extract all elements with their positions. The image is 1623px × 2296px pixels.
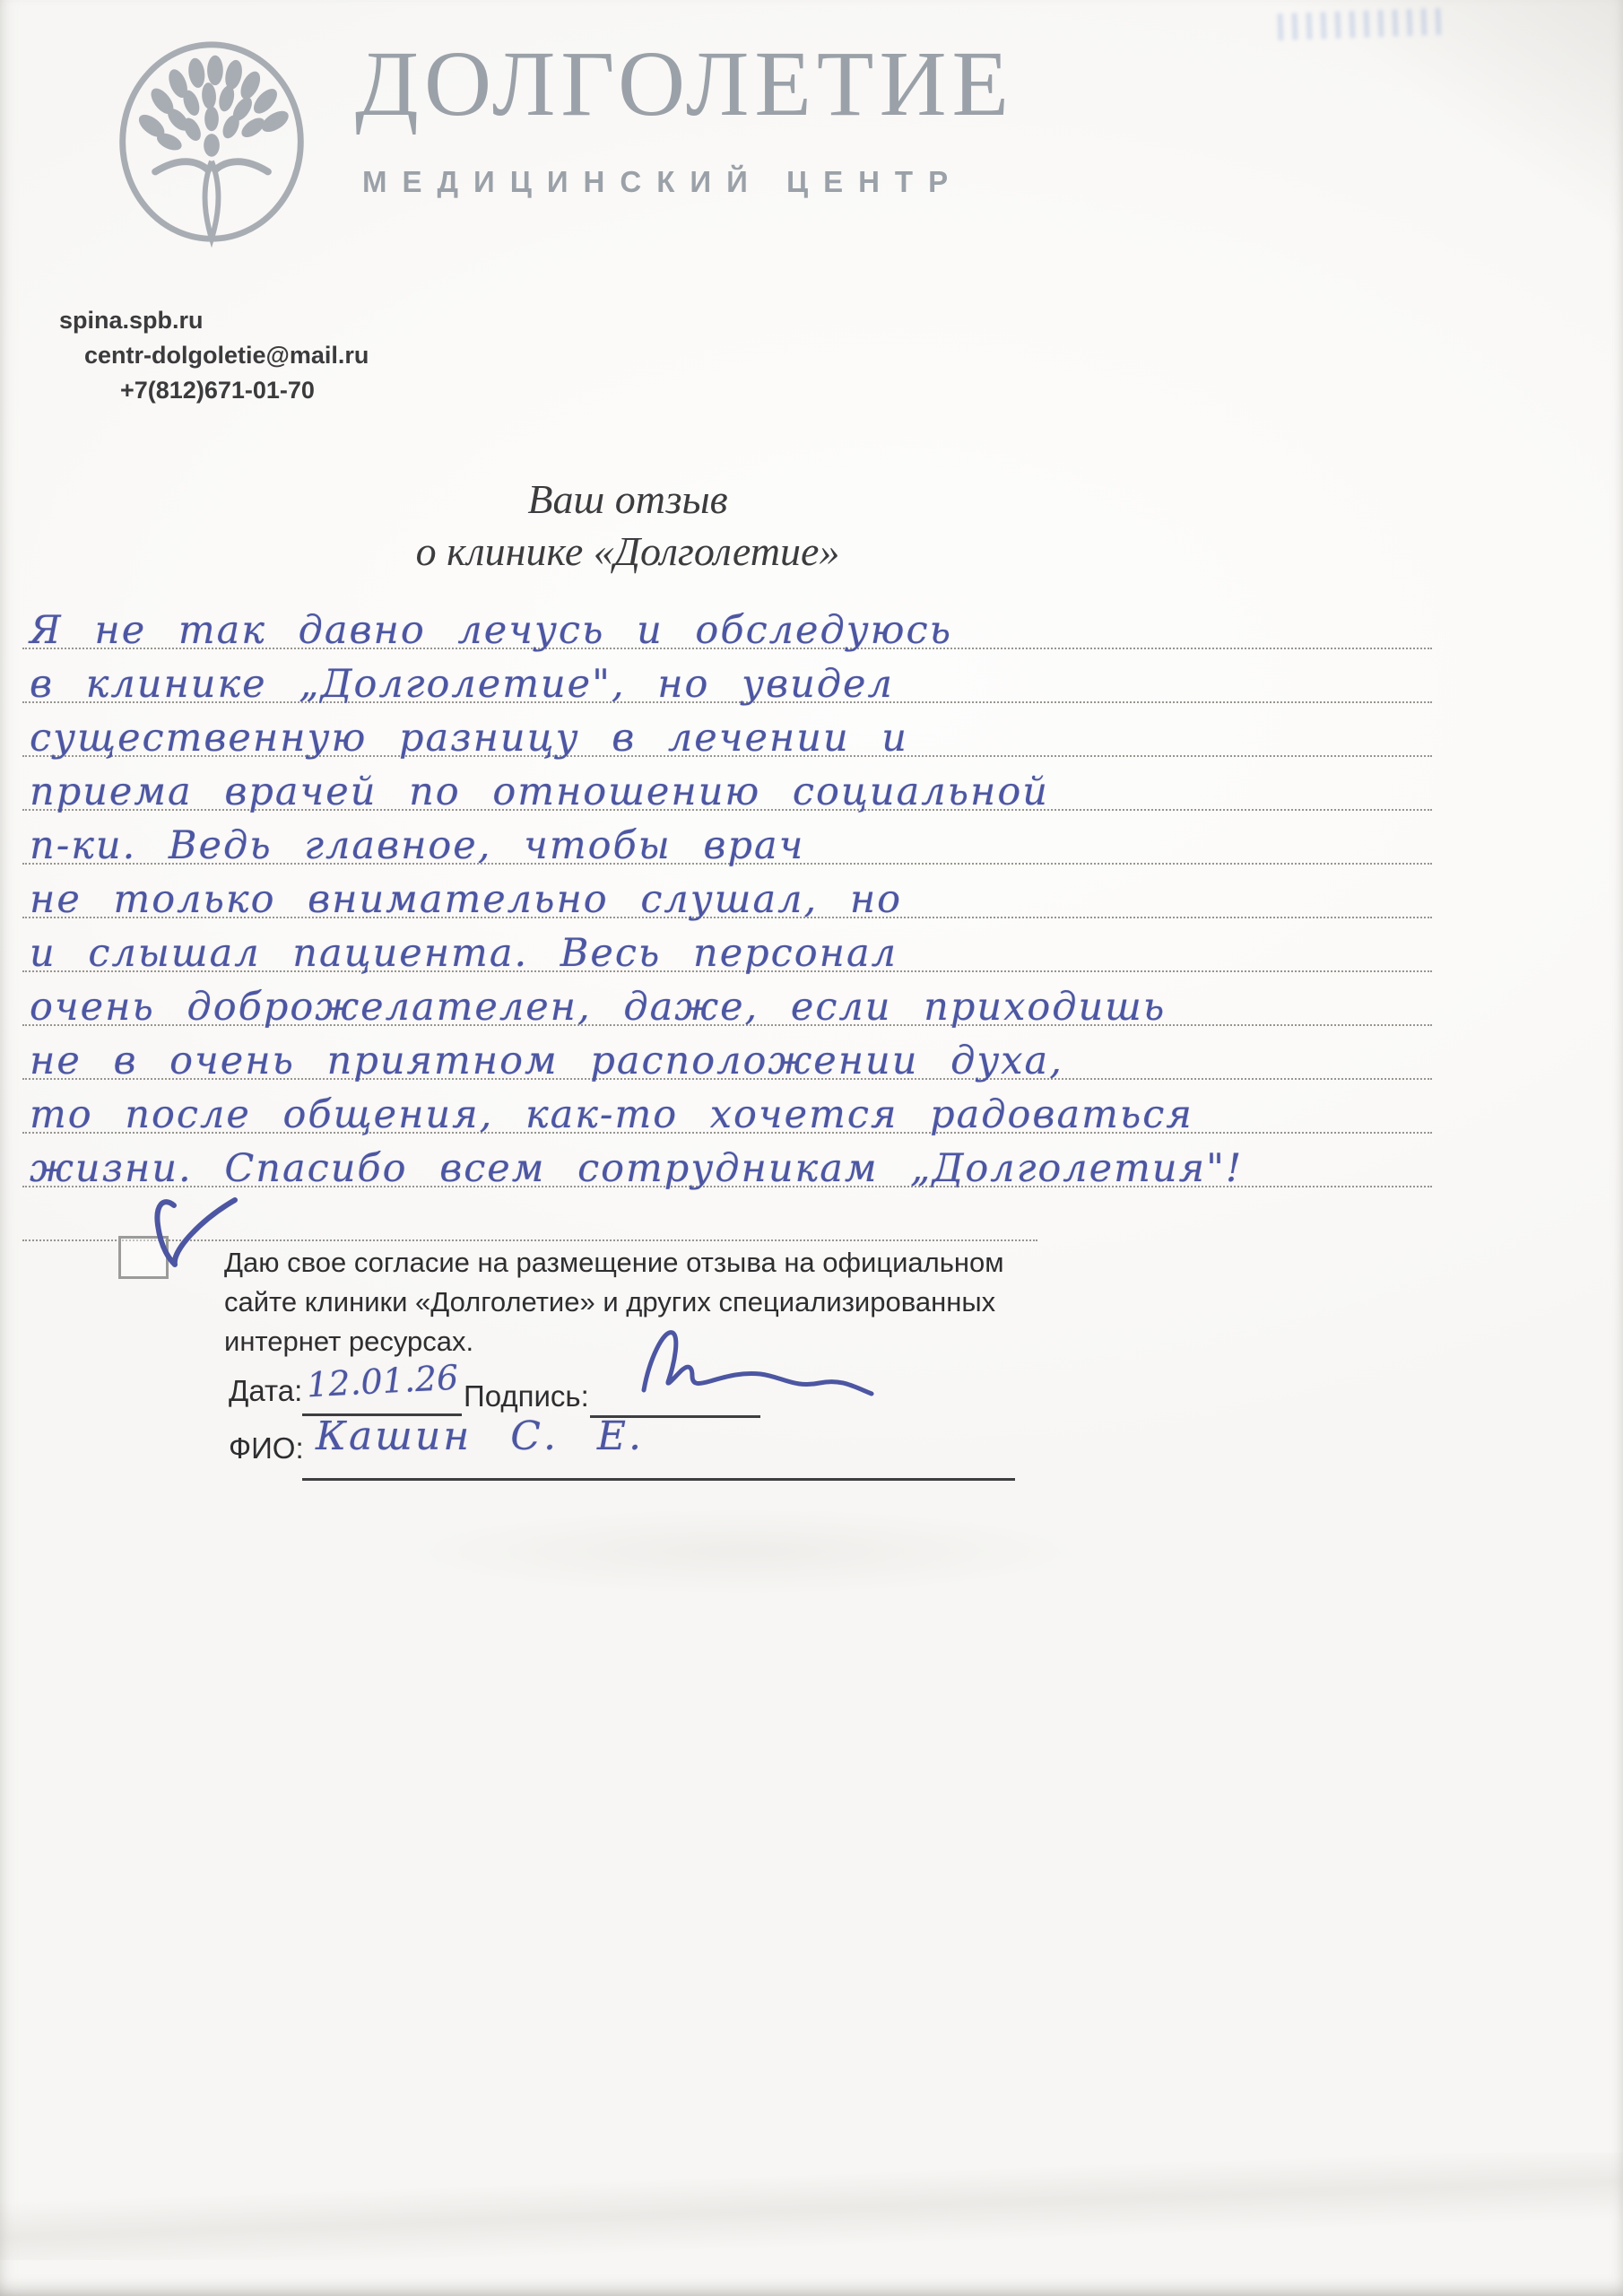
form-title: Ваш отзыв о клинике «Долголетие» xyxy=(0,474,1255,578)
review-line: не в очень приятном расположении духа, xyxy=(22,1026,1432,1080)
review-line: Я не так давно лечусь и обследуюсь xyxy=(22,596,1432,649)
signature-label: Подпись: xyxy=(464,1379,589,1413)
handwritten-review: Я не так давно лечусь и обследуюсь в кли… xyxy=(22,596,1432,1241)
phone-text: +7(812)671-01-70 xyxy=(120,373,369,408)
checkmark-icon xyxy=(117,1193,242,1318)
scan-crease xyxy=(341,1489,1148,1614)
scan-crease xyxy=(1246,0,1623,269)
review-line: и слышал пациента. Весь персонал xyxy=(22,918,1432,972)
handwritten-fio: Кашин С. Е. xyxy=(316,1413,644,1459)
scanned-feedback-form: ДОЛГОЛЕТИЕ МЕДИЦИНСКИЙ ЦЕНТР spina.spb.r… xyxy=(0,0,1623,2296)
review-line: приема врачей по отношению социальной xyxy=(22,757,1432,811)
review-line: жизни. Спасибо всем сотрудникам „Долголе… xyxy=(22,1134,1432,1187)
scan-crease xyxy=(0,2152,1623,2260)
review-line: то после общения, как-то хочется радоват… xyxy=(22,1080,1432,1134)
review-line: очень доброжелателен, даже, если приходи… xyxy=(22,972,1432,1026)
website-text: spina.spb.ru xyxy=(59,303,369,338)
clinic-brand-name: ДОЛГОЛЕТИЕ xyxy=(355,30,1014,137)
clinic-brand-subtitle: МЕДИЦИНСКИЙ ЦЕНТР xyxy=(362,165,963,199)
email-text: centr-dolgoletie@mail.ru xyxy=(84,338,369,373)
review-line: в клинике „Долголетие", но увидел xyxy=(22,649,1432,703)
handwritten-date: 12.01.26 xyxy=(306,1358,459,1405)
tree-in-oval-icon xyxy=(106,38,317,249)
review-line: не только внимательно слушал, но xyxy=(22,865,1432,918)
review-line: п-ки. Ведь главное, чтобы врач xyxy=(22,811,1432,865)
fio-label: ФИО: xyxy=(229,1431,304,1465)
form-title-line1: Ваш отзыв xyxy=(0,474,1255,526)
date-label: Дата: xyxy=(229,1374,302,1408)
form-title-line2: о клинике «Долголетие» xyxy=(0,526,1255,578)
contact-block: spina.spb.ru centr-dolgoletie@mail.ru +7… xyxy=(59,303,369,408)
handwritten-signature xyxy=(628,1317,897,1406)
review-line: существенную разницу в лечении и xyxy=(22,703,1432,757)
